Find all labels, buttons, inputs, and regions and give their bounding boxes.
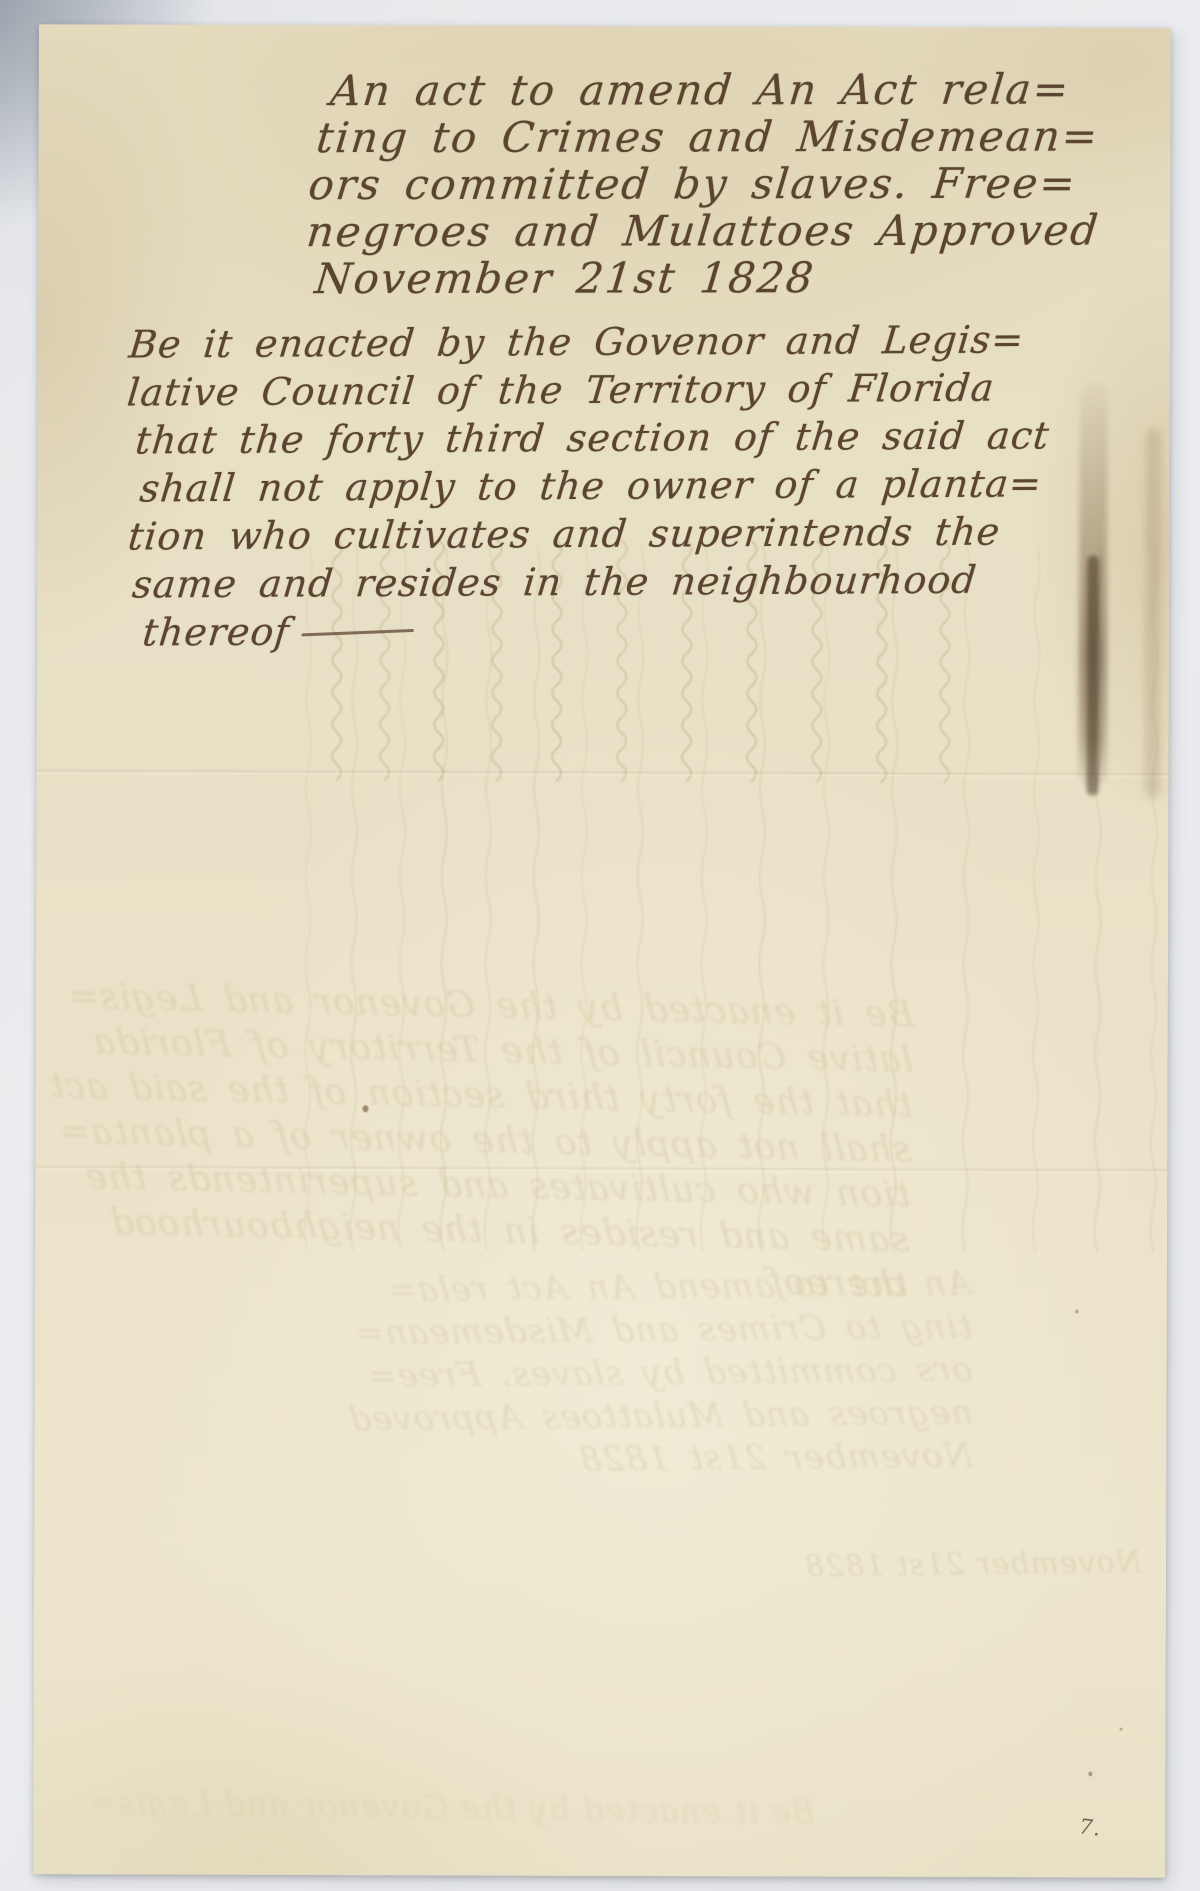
handwritten-line: lative Council of the Territory of Flori… xyxy=(111,1020,915,1083)
foxing-spot xyxy=(1120,1728,1123,1731)
foxing-spot xyxy=(1088,1772,1092,1777)
manuscript-page: An act to amend An Act rela=ting to Crim… xyxy=(33,24,1171,1878)
enactment-paragraph: Be it enacted by the Govenor and Legis=l… xyxy=(125,315,1049,656)
handwritten-line: thereof xyxy=(106,1245,910,1308)
foxing-spot xyxy=(1075,1309,1079,1313)
handwritten-line: ting to Crimes and Misdemean= xyxy=(319,1306,974,1356)
handwritten-line: tion who cultivates and superintends the xyxy=(108,1155,912,1218)
handwritten-line: Be it enacted by the Govenor and Legis= xyxy=(127,315,1052,368)
bleedthrough-text-line: November 21st 1828 xyxy=(804,1545,1142,1585)
manuscript-photo: An act to amend An Act rela=ting to Crim… xyxy=(0,0,1200,1891)
handwritten-line: An act to amend An Act rela= xyxy=(328,65,1101,114)
handwritten-line: November 21st 1828 xyxy=(321,1435,976,1485)
bleedthrough-text-block-1: Be it enacted by the Govenor and Legis=l… xyxy=(110,975,917,1308)
docket-heading: An act to amend An Act rela=ting to Crim… xyxy=(306,65,1097,302)
handwritten-line: ors committed by slaves. Free= xyxy=(306,159,1101,208)
handwritten-line: negroes and Mulattoes Approved xyxy=(320,1392,975,1442)
handwritten-line: same and resides in the neighbourhood xyxy=(130,555,1053,608)
fold-crease xyxy=(35,1164,1167,1175)
handwritten-line: shall not apply to the owner of a planta… xyxy=(138,459,1053,512)
handwritten-line: negroes and Mulattoes Approved xyxy=(305,206,1102,255)
edge-stain xyxy=(1144,428,1161,798)
handwritten-line: that the forty third section of the said… xyxy=(110,1065,914,1128)
handwritten-line: lative Council of the Territory of Flori… xyxy=(125,363,1052,416)
bleedthrough-text-block-2: An act to amend An Act rela=ting to Crim… xyxy=(324,1263,976,1485)
handwritten-line: ting to Crimes and Misdemean= xyxy=(314,112,1101,161)
handwritten-line: shall not apply to the owner of a planta… xyxy=(109,1110,913,1173)
handwritten-line: that the forty third section of the said… xyxy=(133,411,1052,464)
fold-crease xyxy=(37,768,1169,779)
bleedthrough-text-line: Be it enacted by the Govenor and Legis= xyxy=(88,1783,816,1832)
handwritten-line: ors committed by slaves. Free= xyxy=(320,1349,975,1399)
foxing-spot xyxy=(362,1105,368,1112)
handwritten-line: An act to amend An Act rela= xyxy=(319,1263,974,1313)
ink-smudge-streak-core xyxy=(1086,556,1099,796)
handwritten-line: November 21st 1828 xyxy=(313,253,1102,302)
handwritten-line: tion who cultivates and superintends the xyxy=(126,507,1053,560)
handwritten-line: Be it enacted by the Govenor and Legis= xyxy=(112,975,916,1038)
handwritten-line: same and resides in the neighbourhood xyxy=(107,1200,911,1263)
page-number-mark: 7. xyxy=(1078,1814,1103,1840)
handwritten-line: thereof xyxy=(140,603,1053,656)
